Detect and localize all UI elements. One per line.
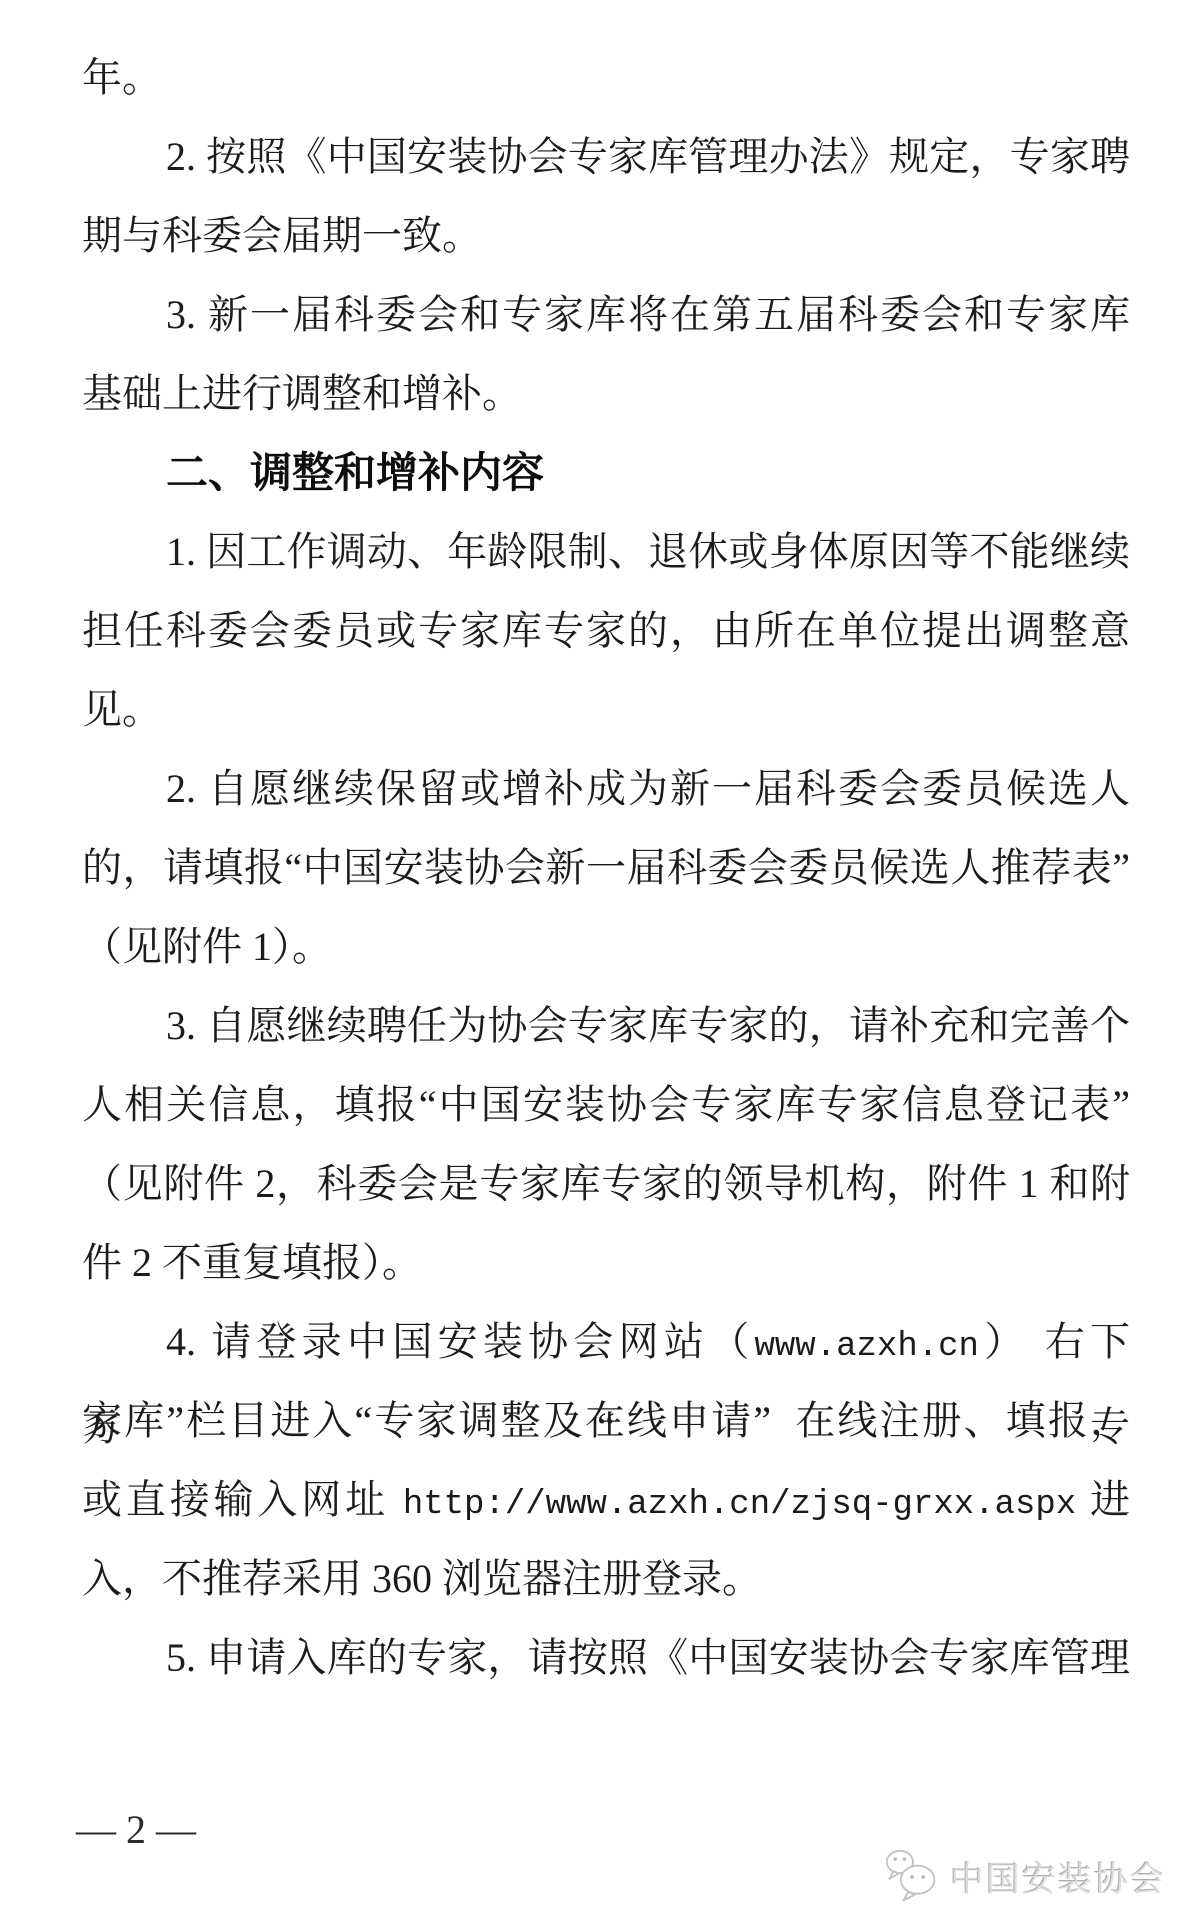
text-line: 件 2 不重复填报）。 (82, 1223, 1130, 1302)
scanned-document-page: { "page": { "background": "#ffffff", "te… (0, 0, 1200, 1928)
text-segment: 或直接输入网址 (82, 1477, 403, 1522)
text-line: 2. 按照《中国安装协会专家库管理办法》规定，专家聘 (82, 117, 1130, 196)
text-line: 担任科委会委员或专家库专家的，由所在单位提出调整意 (82, 591, 1130, 670)
url-text: http://www.azxh.cn/zjsq-grxx.aspx (403, 1486, 1076, 1524)
text-segment: 进 (1076, 1477, 1130, 1522)
text-line: 人相关信息，填报“中国安装协会专家库专家信息登记表” (82, 1065, 1130, 1144)
page: 年。2. 按照《中国安装协会专家库管理办法》规定，专家聘期与科委会届期一致。3.… (0, 0, 1200, 1928)
footer-brand: 中国安装协会 (884, 1848, 1166, 1904)
text-line: 4. 请登录中国安装协会网站（www.azxh.cn） 右下方“专 (82, 1302, 1130, 1381)
text-line: 2. 自愿继续保留或增补成为新一届科委会委员候选人 (82, 749, 1130, 828)
text-line: 年。 (82, 38, 1130, 117)
text-line: 入，不推荐采用 360 浏览器注册登录。 (82, 1539, 1130, 1618)
document-body: 年。2. 按照《中国安装协会专家库管理办法》规定，专家聘期与科委会届期一致。3.… (82, 38, 1130, 1697)
text-line: 期与科委会届期一致。 (82, 196, 1130, 275)
text-line: 家库”栏目进入“专家调整及在线申请” 在线注册、填报， (82, 1381, 1130, 1460)
text-line: 5. 申请入库的专家，请按照《中国安装协会专家库管理 (82, 1618, 1130, 1697)
text-line: 3. 自愿继续聘任为协会专家库专家的，请补充和完善个 (82, 986, 1130, 1065)
text-line: 见。 (82, 670, 1130, 749)
text-line: （见附件 2，科委会是专家库专家的领导机构，附件 1 和附 (82, 1144, 1130, 1223)
text-line: 基础上进行调整和增补。 (82, 354, 1130, 433)
text-line: 3. 新一届科委会和专家库将在第五届科委会和专家库 (82, 275, 1130, 354)
page-number: — 2 — (76, 1806, 196, 1853)
section-heading: 二、调整和增补内容 (82, 433, 1130, 512)
text-line: 的，请填报“中国安装协会新一届科委会委员候选人推荐表” (82, 828, 1130, 907)
text-line: 1. 因工作调动、年龄限制、退休或身体原因等不能继续 (82, 512, 1130, 591)
text-line: 或直接输入网址 http://www.azxh.cn/zjsq-grxx.asp… (82, 1460, 1130, 1539)
brand-name: 中国安装协会 (950, 1852, 1166, 1901)
text-line: （见附件 1）。 (82, 907, 1130, 986)
wechat-icon (884, 1848, 940, 1904)
text-segment: 4. 请登录中国安装协会网站（ (166, 1319, 755, 1364)
url-text: www.azxh.cn (755, 1328, 979, 1366)
